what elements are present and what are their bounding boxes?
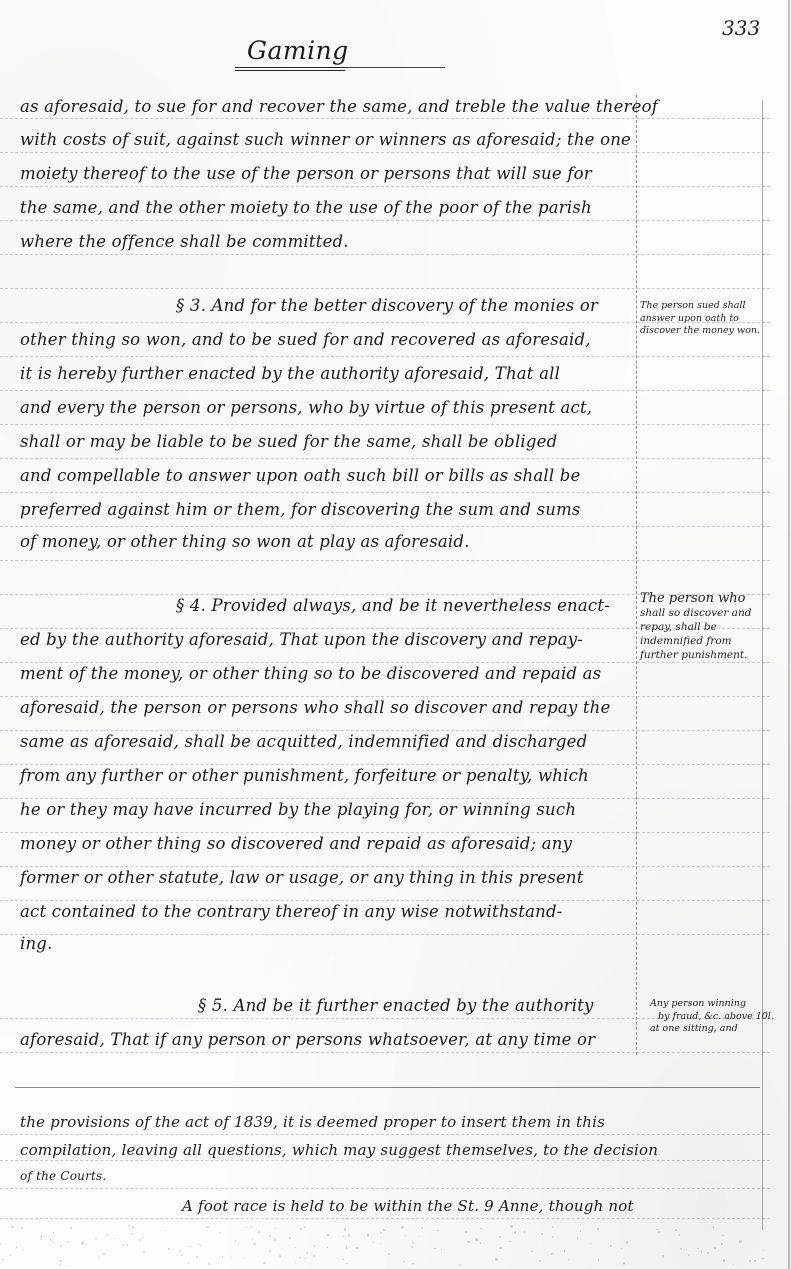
speck	[289, 1237, 291, 1239]
section-4-line: act contained to the contrary thereof in…	[20, 902, 563, 922]
ruled-line	[0, 390, 770, 391]
body-line: the same, and the other moiety to the us…	[20, 198, 592, 218]
speck	[81, 1243, 83, 1245]
speck	[656, 1229, 658, 1231]
section-5-line: § 5. And be it further enacted by the au…	[198, 996, 594, 1016]
speck	[189, 1246, 190, 1247]
ruled-line	[0, 798, 770, 799]
section-4-margin-note: The person who shall so discover and rep…	[640, 592, 765, 662]
speck	[697, 1248, 699, 1250]
speck	[590, 1243, 591, 1244]
outer-margin-rule	[762, 100, 763, 1230]
speck	[524, 1231, 525, 1232]
speck	[299, 1257, 301, 1259]
speck	[307, 1252, 308, 1253]
speck	[373, 1242, 374, 1243]
speck	[122, 1244, 124, 1246]
speck	[128, 1225, 129, 1226]
margin-note-line: at one sitting, and	[650, 1023, 775, 1036]
body-line: as aforesaid, to sue for and recover the…	[20, 97, 658, 117]
speck	[577, 1237, 578, 1238]
speck	[181, 1254, 183, 1256]
speck	[480, 1242, 481, 1243]
speck	[713, 1226, 715, 1228]
ruled-line	[0, 866, 770, 867]
speck	[597, 1228, 599, 1230]
speck	[475, 1238, 477, 1240]
speck	[279, 1255, 281, 1257]
speck	[258, 1231, 260, 1233]
speck	[164, 1230, 165, 1231]
speck	[252, 1239, 253, 1240]
speck	[480, 1228, 481, 1229]
speck	[52, 1241, 54, 1243]
page-title: Gaming	[225, 36, 455, 65]
body-line: moiety thereof to the use of the person …	[20, 164, 592, 184]
margin-note-line: further punishment.	[640, 648, 765, 662]
page-edge	[788, 0, 790, 1269]
margin-note-line: The person who	[640, 592, 765, 606]
speck	[206, 1226, 208, 1228]
speck	[200, 1245, 201, 1246]
speck	[419, 1236, 420, 1237]
title-underline	[235, 67, 345, 71]
section-3-line: and every the person or persons, who by …	[20, 398, 592, 418]
speck	[388, 1253, 390, 1255]
speck	[367, 1234, 369, 1236]
footnote-line: the provisions of the act of 1839, it is…	[20, 1112, 605, 1132]
speck	[250, 1226, 252, 1228]
speck	[327, 1247, 328, 1248]
speck	[356, 1247, 358, 1249]
speck	[722, 1235, 723, 1236]
speck	[294, 1247, 296, 1249]
speck	[275, 1228, 276, 1229]
speck	[23, 1249, 24, 1250]
speck	[342, 1259, 344, 1261]
ruled-line	[0, 560, 770, 561]
speck	[67, 1241, 69, 1243]
speck	[246, 1226, 248, 1228]
footnote-divider	[15, 1087, 760, 1088]
section-4-line: ing.	[20, 934, 53, 954]
section-4-line: ed by the authority aforesaid, That upon…	[20, 630, 583, 650]
section-4-line: same as aforesaid, shall be acquitted, i…	[20, 732, 587, 752]
margin-note-line: Any person winning	[650, 998, 775, 1011]
speck	[127, 1244, 128, 1245]
section-3-line: preferred against him or them, for disco…	[20, 500, 581, 520]
margin-note-line: The person sued shall	[640, 300, 765, 313]
speck	[300, 1228, 302, 1230]
ruled-line	[0, 1134, 770, 1135]
speck	[139, 1239, 141, 1241]
speck	[281, 1248, 282, 1249]
speck	[346, 1247, 348, 1249]
speck	[701, 1251, 702, 1252]
speck	[327, 1234, 329, 1236]
speck	[98, 1257, 100, 1259]
speck	[95, 1238, 96, 1239]
ruled-line	[0, 730, 770, 731]
section-4-line: from any further or other punishment, fo…	[20, 766, 589, 786]
speck	[60, 1245, 62, 1247]
speck	[539, 1260, 541, 1262]
speck	[115, 1238, 116, 1239]
ruled-line	[0, 186, 770, 187]
speck	[313, 1255, 315, 1257]
margin-note-line: answer upon oath to	[640, 313, 765, 326]
footnote-line: compilation, leaving all questions, whic…	[20, 1140, 658, 1160]
manuscript-page: 333 Gaming as aforesaid, to sue for and …	[0, 0, 791, 1269]
section-3-line: § 3. And for the better discovery of the…	[176, 296, 598, 316]
speck	[509, 1241, 511, 1243]
speck	[718, 1250, 719, 1251]
speck	[103, 1253, 105, 1255]
speck	[598, 1259, 599, 1260]
speck	[231, 1257, 232, 1258]
speck	[344, 1228, 346, 1230]
section-3-line: it is hereby further enacted by the auth…	[20, 364, 560, 384]
page-heading: Gaming	[225, 36, 455, 65]
section-3-line: other thing so won, and to be sued for a…	[20, 330, 591, 350]
ruled-line	[0, 696, 770, 697]
speck	[383, 1229, 385, 1231]
speck	[441, 1249, 442, 1250]
speck	[132, 1226, 134, 1228]
speck	[295, 1262, 296, 1263]
speck	[179, 1250, 181, 1252]
speck	[499, 1236, 501, 1238]
speck	[580, 1230, 581, 1231]
speck	[53, 1232, 54, 1233]
speck	[739, 1240, 741, 1242]
speck	[256, 1229, 257, 1230]
speck	[304, 1226, 305, 1227]
speck	[235, 1240, 236, 1241]
speck	[721, 1243, 723, 1245]
speck	[380, 1232, 382, 1234]
speck	[11, 1226, 13, 1228]
speck	[459, 1264, 461, 1266]
speck	[621, 1248, 622, 1249]
speck	[514, 1231, 516, 1233]
speck	[59, 1264, 61, 1266]
speck	[531, 1251, 533, 1253]
speck	[733, 1264, 734, 1265]
section-4-line: § 4. Provided always, and be it neverthe…	[176, 596, 610, 616]
ruled-line	[0, 288, 770, 289]
speck	[686, 1249, 687, 1250]
speck	[142, 1237, 143, 1238]
speck	[304, 1258, 305, 1259]
speck	[403, 1261, 405, 1263]
section-3-line: of money, or other thing so won at play …	[20, 532, 470, 552]
speck	[222, 1256, 224, 1258]
section-3-margin-note: The person sued shall answer upon oath t…	[640, 300, 765, 338]
section-4-line: aforesaid, the person or persons who sha…	[20, 698, 610, 718]
ruled-line	[0, 1052, 770, 1053]
speck	[238, 1242, 239, 1243]
speck	[437, 1230, 439, 1232]
margin-note-line: indemnified from	[640, 634, 765, 648]
speck	[343, 1236, 345, 1238]
speck	[610, 1245, 612, 1247]
speck	[495, 1258, 497, 1260]
margin-note-line: by fraud, &c. above 10l.	[650, 1011, 775, 1024]
section-4-line: former or other statute, law or usage, o…	[20, 868, 584, 888]
speck	[412, 1263, 414, 1265]
speck	[346, 1263, 347, 1264]
speck	[269, 1235, 271, 1237]
speck	[754, 1260, 756, 1262]
speck	[348, 1234, 350, 1236]
speck	[168, 1248, 170, 1250]
speck	[688, 1254, 690, 1256]
ruled-line	[0, 254, 770, 255]
speck	[762, 1258, 764, 1260]
speck	[626, 1241, 628, 1243]
speck	[143, 1251, 145, 1253]
speck	[288, 1244, 289, 1245]
ruled-line	[0, 1188, 770, 1189]
speck	[269, 1250, 271, 1252]
speck	[131, 1233, 133, 1235]
speck	[714, 1247, 716, 1249]
speck	[188, 1263, 189, 1264]
section-4-line: he or they may have incurred by the play…	[20, 800, 576, 820]
margin-note-line: discover the money won.	[640, 325, 765, 338]
speck	[70, 1227, 72, 1229]
speck	[564, 1250, 565, 1251]
ruled-line	[0, 934, 770, 935]
speck	[412, 1242, 414, 1244]
margin-rule	[636, 95, 637, 1055]
speck	[658, 1231, 660, 1233]
speck	[401, 1226, 403, 1228]
speck	[680, 1248, 682, 1250]
ruled-line	[0, 424, 770, 425]
speck	[106, 1234, 108, 1236]
ruled-line	[0, 1160, 770, 1161]
ruled-line	[0, 220, 770, 221]
ruled-line	[0, 152, 770, 153]
ruled-line	[0, 764, 770, 765]
body-line: with costs of suit, against such winner …	[20, 130, 631, 150]
ruled-line	[0, 662, 770, 663]
speck	[274, 1239, 276, 1241]
speck	[763, 1250, 764, 1251]
speck	[208, 1263, 210, 1265]
margin-note-line: shall so discover and	[640, 606, 765, 620]
section-4-line: money or other thing so discovered and r…	[20, 834, 572, 854]
speck	[613, 1242, 614, 1243]
ruled-line	[0, 1218, 770, 1219]
speck	[10, 1255, 11, 1256]
speck	[678, 1234, 680, 1236]
body-line: where the offence shall be committed.	[20, 232, 349, 252]
speck	[380, 1243, 381, 1244]
footnote-line: A foot race is held to be within the St.…	[182, 1196, 634, 1216]
speck	[405, 1235, 406, 1236]
speck	[552, 1226, 554, 1228]
speck	[568, 1259, 569, 1260]
section-5-line: aforesaid, That if any person or persons…	[20, 1030, 595, 1050]
speck	[749, 1260, 751, 1262]
speck	[465, 1231, 467, 1233]
speck	[16, 1246, 17, 1247]
section-4-line: ment of the money, or other thing so to …	[20, 664, 601, 684]
speck	[467, 1241, 469, 1243]
speck	[483, 1229, 484, 1230]
speck	[2, 1259, 3, 1260]
section-3-line: and compellable to answer upon oath such…	[20, 466, 581, 486]
speck	[0, 1243, 1, 1244]
speck	[421, 1227, 423, 1229]
speck	[263, 1262, 265, 1264]
ruled-line	[0, 900, 770, 901]
speck	[244, 1258, 246, 1260]
speck	[510, 1225, 512, 1227]
speck	[675, 1229, 677, 1231]
speck	[499, 1247, 501, 1249]
title-underline-tail	[345, 67, 445, 68]
ruled-line	[0, 118, 770, 119]
section-5-margin-note: Any person winning by fraud, &c. above 1…	[650, 998, 775, 1036]
speck	[552, 1236, 554, 1238]
ruled-line	[0, 492, 770, 493]
speck	[541, 1233, 543, 1235]
speck	[314, 1245, 315, 1246]
speck	[662, 1255, 664, 1257]
margin-note-line: repay, shall be	[640, 620, 765, 634]
speck	[219, 1232, 221, 1234]
speck	[196, 1256, 198, 1258]
speck	[41, 1236, 43, 1238]
section-3-line: shall or may be liable to be sued for th…	[20, 432, 557, 452]
speck	[623, 1262, 625, 1264]
speck	[60, 1260, 62, 1262]
ruled-line	[0, 458, 770, 459]
speck	[723, 1259, 725, 1261]
speck	[198, 1244, 199, 1245]
speck	[70, 1265, 72, 1267]
speck	[349, 1240, 350, 1241]
speck	[21, 1227, 22, 1228]
ruled-line	[0, 356, 770, 357]
speck	[411, 1246, 413, 1248]
ruled-line	[0, 832, 770, 833]
page-number: 333	[722, 16, 760, 40]
speck	[40, 1239, 41, 1240]
speck	[434, 1248, 436, 1250]
ruled-line	[0, 526, 770, 527]
speck	[707, 1252, 709, 1254]
speck	[253, 1243, 255, 1245]
footnote-line: of the Courts.	[20, 1166, 106, 1186]
speck	[386, 1226, 387, 1227]
